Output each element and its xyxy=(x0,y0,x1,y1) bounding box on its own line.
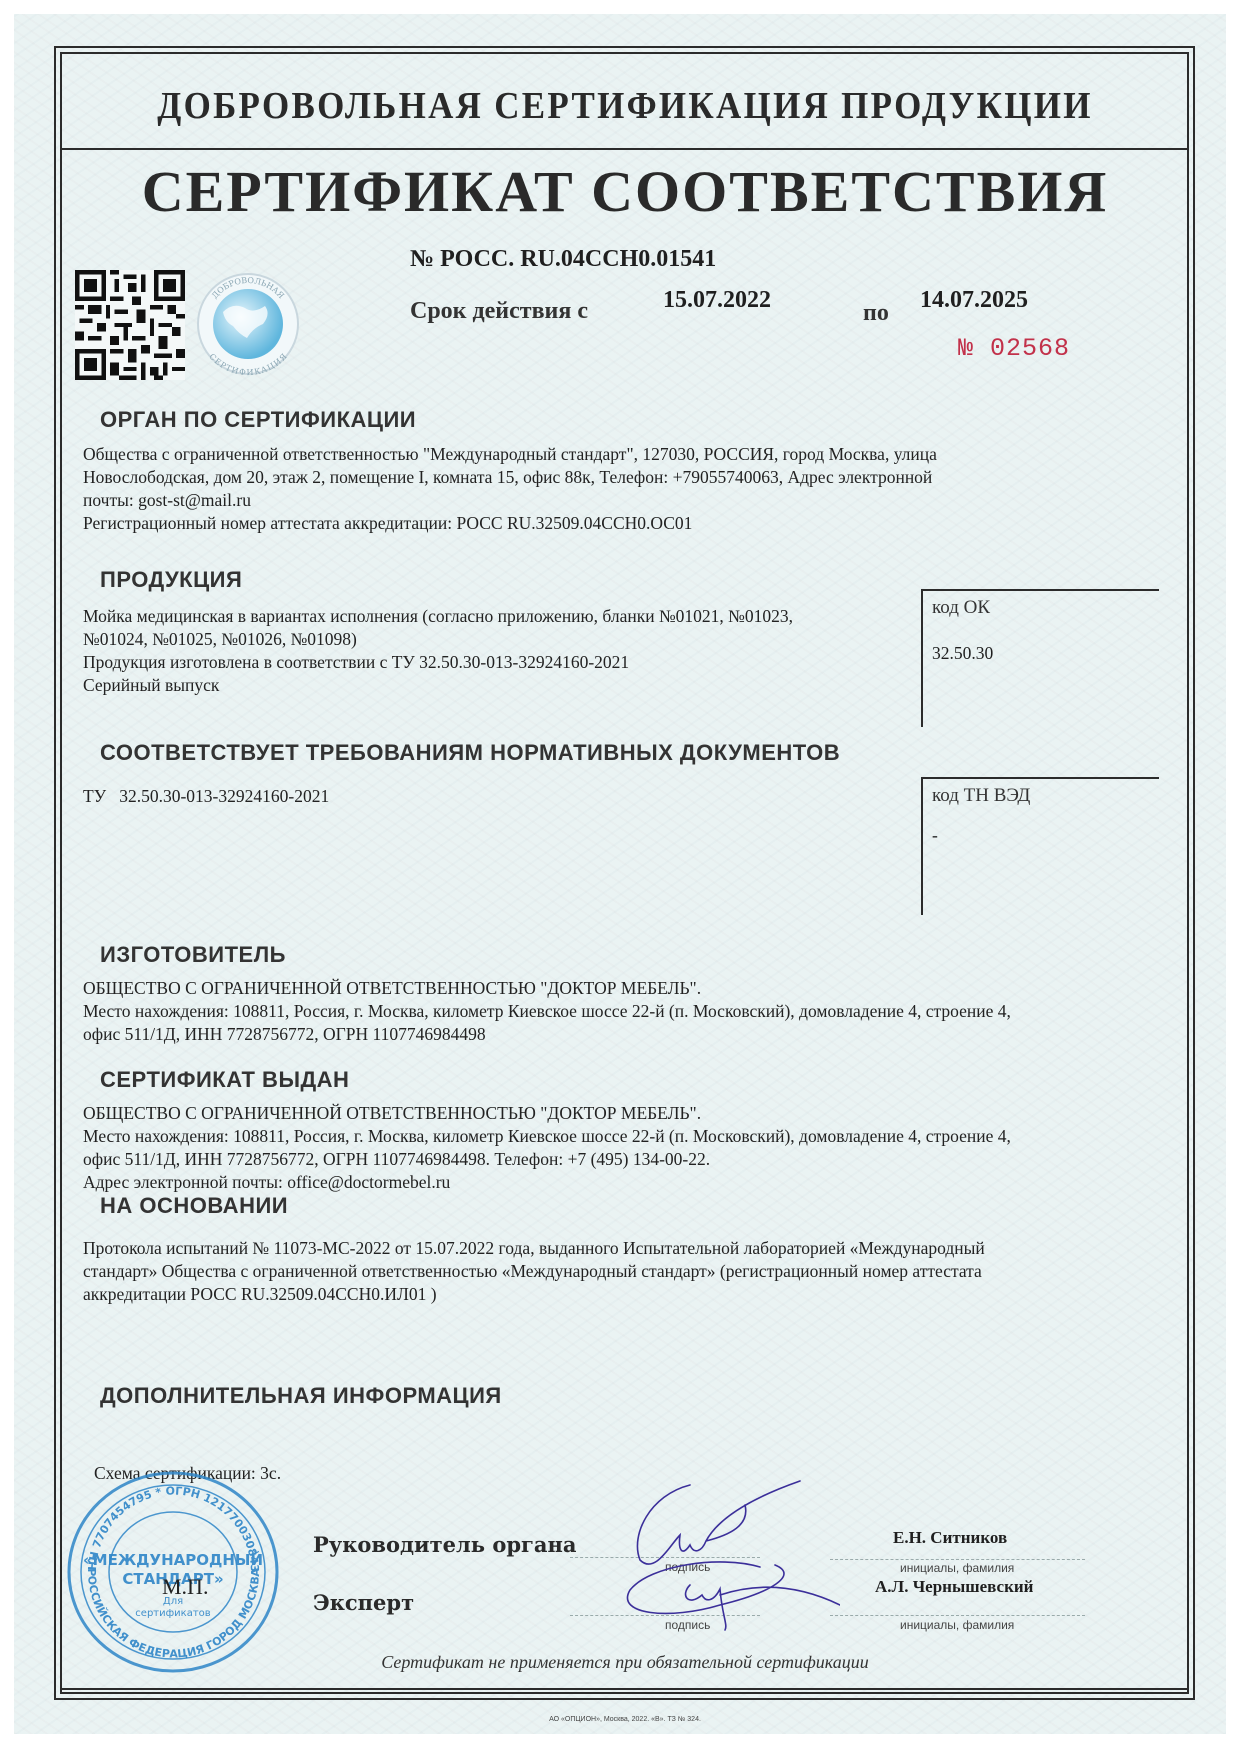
expert-name-caption: инициалы, фамилия xyxy=(900,1618,1014,1632)
code-ok-value: 32.50.30 xyxy=(932,643,993,664)
code-ok-label: код ОК xyxy=(932,597,990,619)
printer-info: АО «ОПЦИОН», Москва, 2022. «В». ТЗ № 324… xyxy=(61,1716,1189,1723)
valid-from-date: 15.07.2022 xyxy=(663,287,771,314)
basis-heading: НА ОСНОВАНИИ xyxy=(100,1193,288,1219)
expert-name: А.Л. Чернышевский xyxy=(875,1577,1033,1597)
issued-to-line: офис 511/1Д, ИНН 7728756772, ОГРН 110774… xyxy=(83,1148,1183,1171)
manufacturer-text: ОБЩЕСТВО С ОГРАНИЧЕННОЙ ОТВЕТСТВЕННОСТЬЮ… xyxy=(83,977,1183,1046)
issued-to-line: ОБЩЕСТВО С ОГРАНИЧЕННОЙ ОТВЕТСТВЕННОСТЬЮ… xyxy=(83,1102,1183,1125)
product-text: Мойка медицинская в вариантах исполнения… xyxy=(83,605,913,697)
certificate-title: СЕРТИФИКАТ СООТВЕТСТВИЯ xyxy=(61,158,1189,225)
head-role-label: Руководитель органа xyxy=(313,1532,576,1557)
basis-line: Протокола испытаний № 11073-МС-2022 от 1… xyxy=(83,1237,1183,1260)
compliance-heading: СООТВЕТСТВУЕТ ТРЕБОВАНИЯМ НОРМАТИВНЫХ ДО… xyxy=(100,740,840,766)
blank-serial-number: № 02568 xyxy=(958,334,1070,363)
head-name-caption: инициалы, фамилия xyxy=(900,1561,1014,1575)
expert-name-line xyxy=(830,1615,1085,1616)
qr-code-icon xyxy=(75,270,185,380)
svg-text:сертификатов: сертификатов xyxy=(135,1608,210,1619)
head-name-line xyxy=(830,1559,1085,1560)
basis-line: стандарт» Общества с ограниченной ответс… xyxy=(83,1260,1183,1283)
product-line: Мойка медицинская в вариантах исполнения… xyxy=(83,605,913,628)
normative-doc-prefix: ТУ xyxy=(83,786,106,806)
certificate-number: № РОСС. RU.04ССН0.01541 xyxy=(410,246,716,273)
certification-body-line: почты: gost-st@mail.ru xyxy=(83,489,1183,512)
product-line: №01024, №01025, №01026, №01098) xyxy=(83,628,913,651)
accreditation-number: Регистрационный номер аттестата аккредит… xyxy=(83,512,1183,535)
expert-role-label: Эксперт xyxy=(313,1590,414,1615)
footer-note: Сертификат не применяется при обязательн… xyxy=(61,1652,1189,1673)
footer-divider xyxy=(62,1688,1188,1690)
manufacturer-line: офис 511/1Д, ИНН 7728756772, ОГРН 110774… xyxy=(83,1023,1183,1046)
basis-text: Протокола испытаний № 11073-МС-2022 от 1… xyxy=(83,1237,1183,1306)
product-line: Продукция изготовлена в соответствии с Т… xyxy=(83,651,913,674)
issued-to-text: ОБЩЕСТВО С ОГРАНИЧЕННОЙ ОТВЕТСТВЕННОСТЬЮ… xyxy=(83,1102,1183,1194)
code-ok-box: код ОК 32.50.30 xyxy=(921,589,1159,727)
title-divider xyxy=(62,148,1188,150)
svg-text:«МЕЖДУНАРОДНЫЙ: «МЕЖДУНАРОДНЫЙ xyxy=(83,1550,263,1569)
manufacturer-line: Место нахождения: 108811, Россия, г. Мос… xyxy=(83,1000,1183,1023)
issued-to-heading: СЕРТИФИКАТ ВЫДАН xyxy=(100,1067,349,1093)
valid-to-date: 14.07.2025 xyxy=(920,287,1028,314)
certification-body-heading: ОРГАН ПО СЕРТИФИКАЦИИ xyxy=(100,407,416,433)
normative-document: ТУ 32.50.30-013-32924160-2021 xyxy=(83,785,329,808)
certification-body-text: Общества с ограниченной ответственностью… xyxy=(83,443,1183,535)
certification-body-line: Общества с ограниченной ответственностью… xyxy=(83,443,1183,466)
stamp-placeholder-mark: М.П. xyxy=(162,1574,208,1600)
normative-doc-value: 32.50.30-013-32924160-2021 xyxy=(119,786,329,806)
manufacturer-line: ОБЩЕСТВО С ОГРАНИЧЕННОЙ ОТВЕТСТВЕННОСТЬЮ… xyxy=(83,977,1183,1000)
manufacturer-heading: ИЗГОТОВИТЕЛЬ xyxy=(100,942,286,968)
official-stamp-icon: ИНН 7707454795 * ОГРН 1217700308430 РОСС… xyxy=(66,1470,281,1675)
code-tnved-box: код ТН ВЭД - xyxy=(921,777,1159,915)
certification-body-line: Новослободская, дом 20, этаж 2, помещени… xyxy=(83,466,1183,489)
issued-to-email: Адрес электронной почты: office@doctorme… xyxy=(83,1171,1183,1194)
issued-to-line: Место нахождения: 108811, Россия, г. Мос… xyxy=(83,1125,1183,1148)
valid-to-label: по xyxy=(863,300,889,327)
code-tnved-label: код ТН ВЭД xyxy=(932,785,1030,807)
additional-info-heading: ДОПОЛНИТЕЛЬНАЯ ИНФОРМАЦИЯ xyxy=(100,1383,502,1409)
basis-line: аккредитации РОСС RU.32509.04ССН0.ИЛ01 ) xyxy=(83,1283,1183,1306)
globe-emblem-icon: ДОБРОВОЛЬНАЯ СЕРТИФИКАЦИЯ xyxy=(193,262,303,380)
handwritten-signatures-icon xyxy=(610,1475,840,1635)
product-heading: ПРОДУКЦИЯ xyxy=(100,567,242,593)
product-line: Серийный выпуск xyxy=(83,674,913,697)
code-tnved-value: - xyxy=(932,825,938,846)
validity-label: Срок действия с xyxy=(410,298,588,325)
head-name: Е.Н. Ситников xyxy=(893,1528,1007,1548)
certification-type-title: ДОБРОВОЛЬНАЯ СЕРТИФИКАЦИЯ ПРОДУКЦИИ xyxy=(106,84,1144,128)
